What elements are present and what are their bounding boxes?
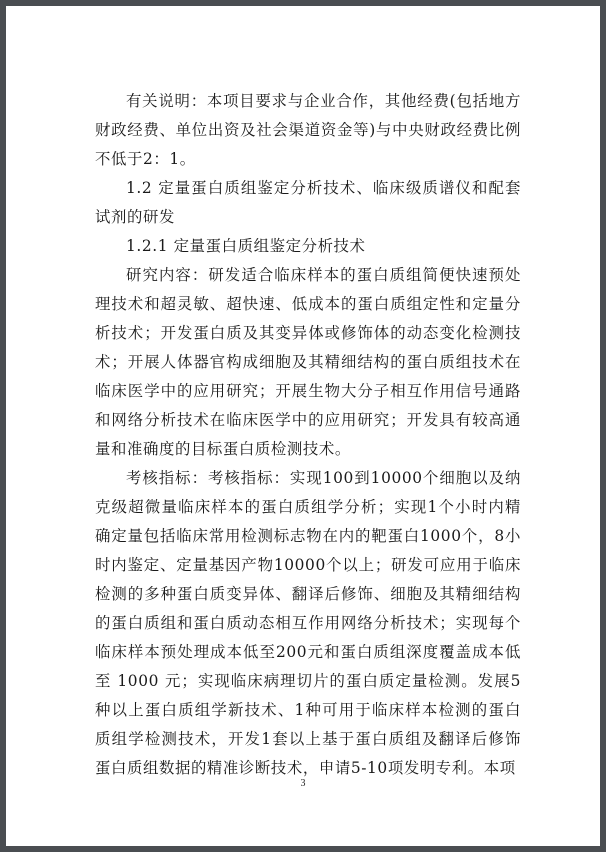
section-heading-1-2-1: 1.2.1 定量蛋白质组鉴定分析技术 <box>95 232 521 261</box>
page-body: 有关说明：本项目要求与企业合作，其他经费(包括地方财政经费、单位出资及社会渠道资… <box>95 87 521 783</box>
document-page: 有关说明：本项目要求与企业合作，其他经费(包括地方财政经费、单位出资及社会渠道资… <box>6 6 600 846</box>
funding-note-paragraph: 有关说明：本项目要求与企业合作，其他经费(包括地方财政经费、单位出资及社会渠道资… <box>95 87 521 174</box>
research-content-paragraph: 研究内容：研发适合临床样本的蛋白质组简便快速预处理技术和超灵敏、超快速、低成本的… <box>95 261 521 464</box>
page-number: 3 <box>6 778 600 789</box>
assessment-indicators-paragraph: 考核指标：考核指标：实现100到10000个细胞以及纳克级超微量临床样本的蛋白质… <box>95 464 521 783</box>
section-heading-1-2: 1.2 定量蛋白质组鉴定分析技术、临床级质谱仪和配套试剂的研发 <box>95 174 521 232</box>
